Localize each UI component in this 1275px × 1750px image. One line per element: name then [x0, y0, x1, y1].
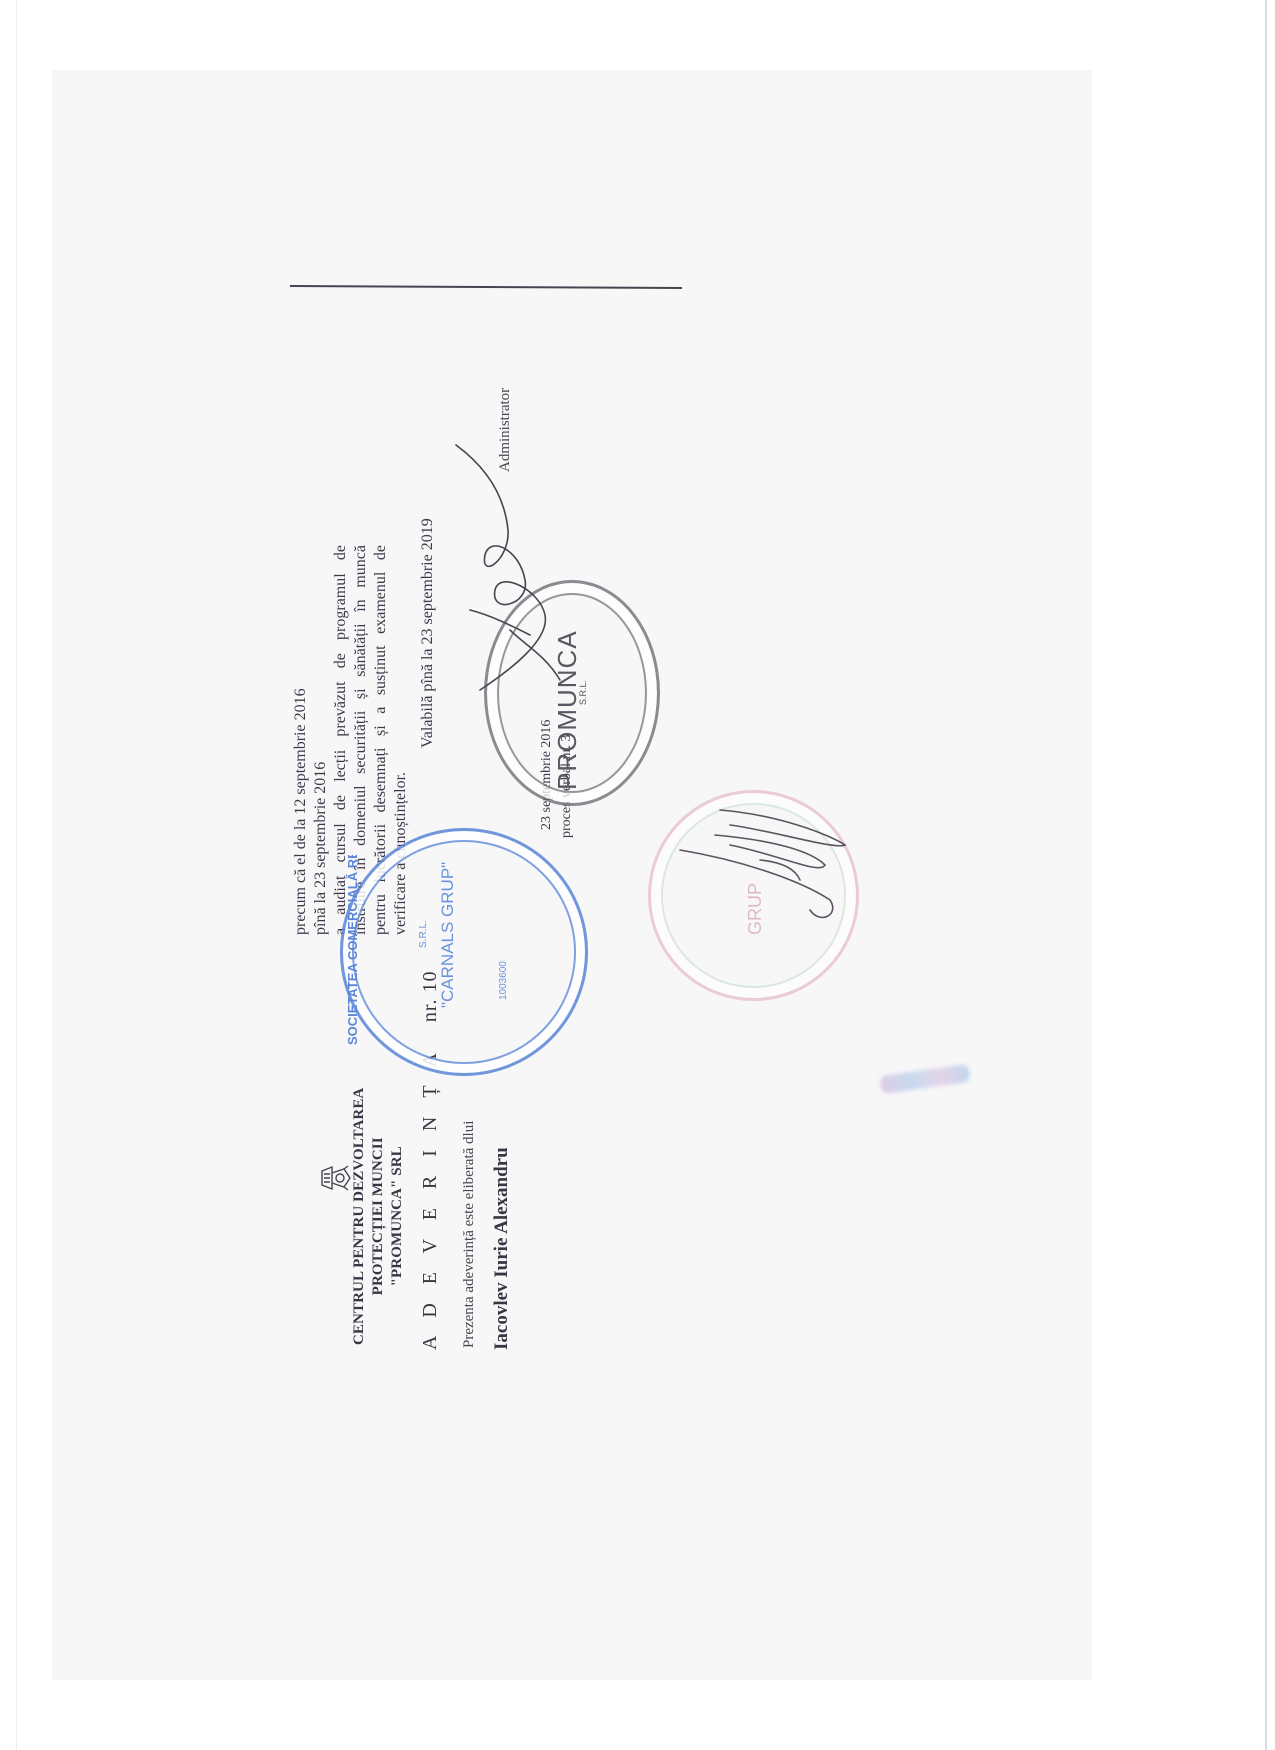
- company-stamp-blue: [340, 828, 588, 1076]
- issuer-header: CENTRUL PENTRU DEZVOLTAREA PROTECȚIEI MU…: [352, 1088, 409, 1345]
- recipient-name: Iacovlev Iurie Alexandru: [492, 1147, 511, 1350]
- header-line-1: CENTRUL PENTRU DEZVOLTAREA: [352, 1088, 371, 1345]
- blue-stamp-sub: S.R.L.: [418, 920, 429, 948]
- blue-stamp-center: "CARNALS GRUP": [438, 862, 458, 1008]
- body-line-2: pînă la 23 septembrie 2016: [313, 545, 333, 935]
- second-signature: [660, 790, 860, 930]
- blue-stamp-code: 1003600: [498, 961, 509, 1000]
- page-edge-right: [1265, 0, 1267, 1750]
- body-line-1: precum că el de la 12 septembrie 2016: [293, 545, 313, 935]
- administrator-signature: [450, 440, 580, 700]
- intro-text: Prezenta adeverință este eliberată dlui: [462, 1121, 477, 1348]
- header-line-3: "PROMUNCA" SRL: [390, 1088, 409, 1345]
- validity-text: Valabilă pînă la 23 septembrie 2019: [420, 518, 436, 748]
- blue-stamp-ring: SOCIETATEA COMERCIALĂ REPUBLICA MOLDOVA,…: [345, 855, 360, 1045]
- header-line-2: PROTECȚIEI MUNCII: [371, 1088, 390, 1345]
- coat-of-arms-icon: [318, 1163, 354, 1193]
- title-label: A D E V E R I N Ț A: [419, 1046, 441, 1350]
- page-edge-left: [16, 0, 17, 1750]
- scanned-page-area: [52, 70, 1092, 1680]
